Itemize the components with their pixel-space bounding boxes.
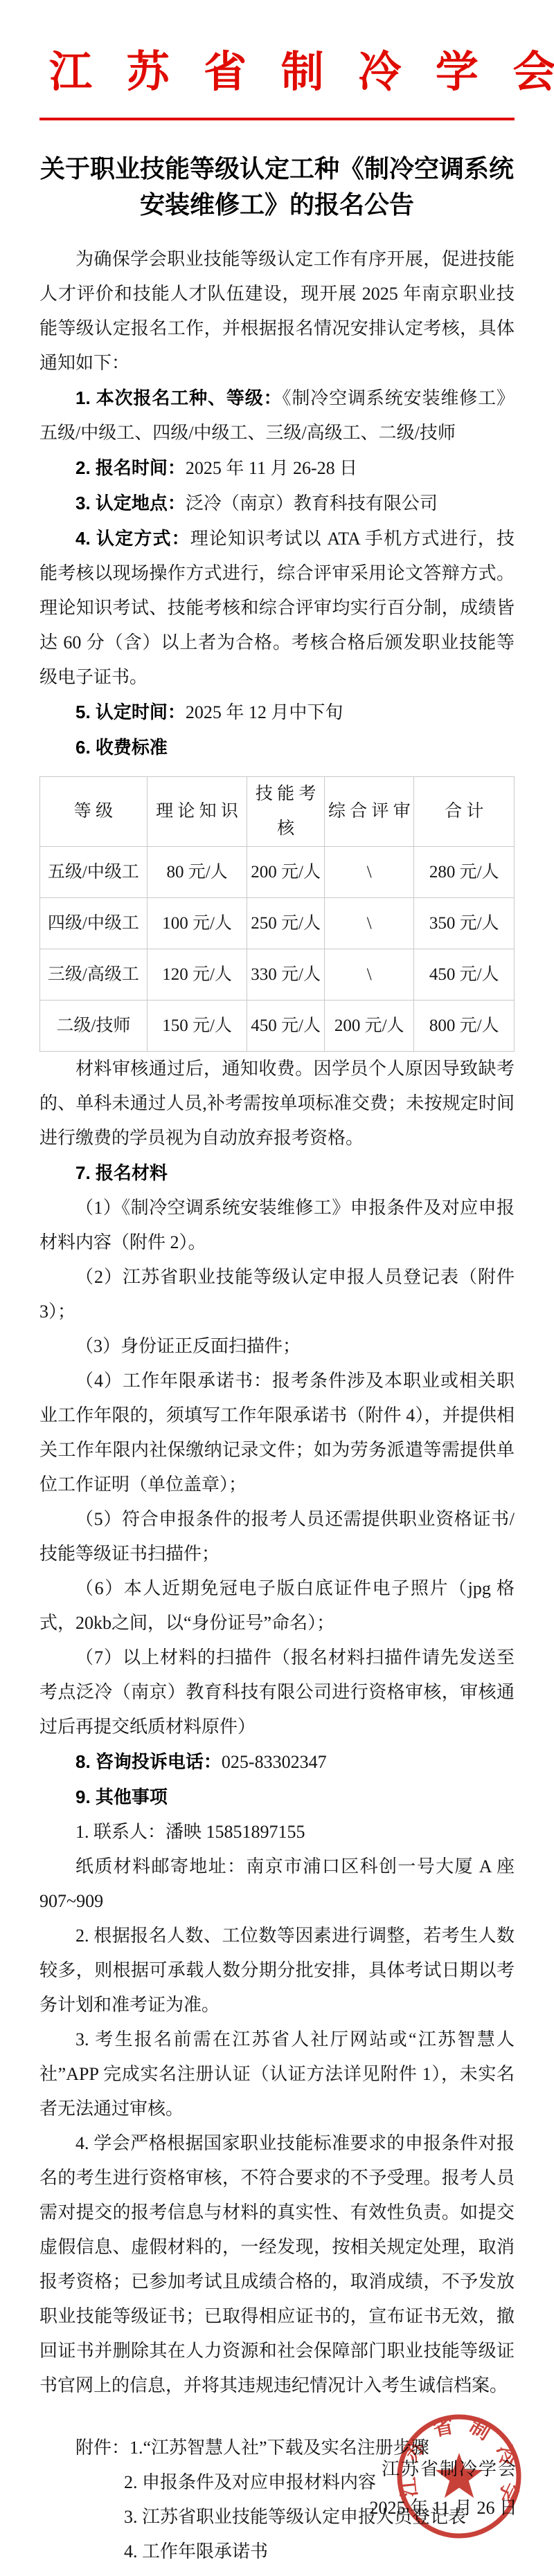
doc-title: 关于职业技能等级认定工种《制冷空调系统 安装维修工》的报名公告 [39, 151, 515, 223]
doc-title-line2: 安装维修工》的报名公告 [140, 190, 414, 219]
fee-cell: 330 元/人 [247, 949, 325, 1001]
section-5: 5. 认定时间：2025 年 12 月中下旬 [39, 695, 515, 730]
other-item: 4. 学会严格根据国家职业技能标准要求的申报条件对报名的考生进行资格审核，不符合… [39, 2126, 515, 2403]
fee-cell: 四级/中级工 [40, 898, 148, 949]
other-item: 1. 联系人：潘映 15851897155 [39, 1815, 515, 1849]
red-divider [39, 118, 515, 120]
fee-cell: 450 元/人 [414, 949, 515, 1001]
fee-cell: 200 元/人 [247, 847, 325, 898]
section-5-text: 2025 年 12 月中下旬 [186, 702, 343, 722]
fee-cell: 二级/技师 [40, 1001, 148, 1052]
fee-header-level: 等 级 [40, 777, 148, 847]
fee-table-row: 二级/技师 150 元/人 450 元/人 200 元/人 800 元/人 [40, 1001, 515, 1052]
fee-header-total: 合 计 [414, 777, 515, 847]
section-7: 7. 报名材料 [39, 1155, 515, 1191]
section-4: 4. 认定方式：理论知识考试以 ATA 手机方式进行，技能考核以现场操作方式进行… [39, 521, 515, 695]
section-8-text: 025-83302347 [222, 1752, 327, 1772]
section-3: 3. 认定地点：泛冷（南京）教育科技有限公司 [39, 486, 515, 521]
fee-cell: 三级/高级工 [40, 949, 148, 1001]
fee-cell: 100 元/人 [147, 898, 247, 949]
fee-cell: \ [324, 949, 413, 1001]
section-9: 9. 其他事项 [39, 1780, 515, 1815]
section-5-label: 5. 认定时间： [75, 702, 186, 722]
section-2-text: 2025 年 11 月 26-28 日 [186, 458, 357, 478]
fee-cell: 450 元/人 [247, 1001, 325, 1052]
material-item: （2）江苏省职业技能等级认定申报人员登记表（附件 3）； [39, 1260, 515, 1329]
other-item: 2. 根据报名人数、工位数等因素进行调整，若考生人数较多，则根据可承载人数分期分… [39, 1919, 515, 2022]
fee-table-row: 三级/高级工 120 元/人 330 元/人 \ 450 元/人 [40, 949, 515, 1001]
section-1: 1. 本次报名工种、等级：《制冷空调系统安装维修工》五级/中级工、四级/中级工、… [39, 381, 515, 450]
seal-star-icon [436, 2453, 483, 2498]
fee-cell: 五级/中级工 [40, 847, 148, 898]
signature-block: 江苏省制冷学会 2025 年 11 月 26 日 江苏省制冷学会 [39, 2395, 515, 2573]
fee-header-review: 综 合 评 审 [324, 777, 413, 847]
material-item: （3）身份证正反面扫描件； [39, 1329, 515, 1364]
material-item: （6）本人近期免冠电子版白底证件电子照片（jpg 格式，20kb之间，以“身份证… [39, 1571, 515, 1641]
document-page: 江 苏 省 制 冷 学 会 关于职业技能等级认定工种《制冷空调系统 安装维修工》… [0, 0, 554, 2576]
intro-paragraph: 为确保学会职业技能等级认定工作有序开展，促进技能人才评价和技能人才队伍建设，现开… [39, 242, 515, 381]
letterhead-org-title: 江 苏 省 制 冷 学 会 [39, 40, 515, 104]
other-item: 3. 考生报名前需在江苏省人社厅网站或“江苏智慧人社”APP 完成实名注册认证（… [39, 2022, 515, 2126]
fee-table: 等 级 理 论 知 识 技 能 考 核 综 合 评 审 合 计 五级/中级工 8… [39, 776, 515, 1052]
fee-header-theory: 理 论 知 识 [147, 777, 247, 847]
section-1-label: 1. 本次报名工种、等级： [75, 387, 283, 408]
material-item: （5）符合申报条件的报考人员还需提供职业资格证书/技能等级证书扫描件； [39, 1502, 515, 1571]
section-2-label: 2. 报名时间： [75, 457, 186, 478]
material-item: （1）《制冷空调系统安装维修工》申报条件及对应申报材料内容（附件 2）。 [39, 1191, 515, 1260]
section-6: 6. 收费标准 [39, 730, 515, 765]
section-4-label: 4. 认定方式： [75, 528, 190, 549]
fee-cell: 350 元/人 [414, 898, 515, 949]
fee-cell: 250 元/人 [247, 898, 325, 949]
document-body: 为确保学会职业技能等级认定工作有序开展，促进技能人才评价和技能人才队伍建设，现开… [39, 242, 515, 2569]
fee-cell: 120 元/人 [147, 949, 247, 1001]
fee-cell: 200 元/人 [324, 1001, 413, 1052]
fee-table-row: 四级/中级工 100 元/人 250 元/人 \ 350 元/人 [40, 898, 515, 949]
other-item: 纸质材料邮寄地址：南京市浦口区科创一号大厦 A 座 907~909 [39, 1849, 515, 1919]
section-9-label: 9. 其他事项 [75, 1787, 168, 1807]
fee-header-skill: 技 能 考 核 [247, 777, 325, 847]
section-8: 8. 咨询投诉电话：025-83302347 [39, 1744, 515, 1780]
section-8-label: 8. 咨询投诉电话： [75, 1751, 222, 1772]
section-7-label: 7. 报名材料 [75, 1162, 168, 1183]
fee-cell: 800 元/人 [414, 1001, 515, 1052]
section-3-label: 3. 认定地点： [75, 493, 186, 513]
fee-cell: 150 元/人 [147, 1001, 247, 1052]
section-4-text: 理论知识考试以 ATA 手机方式进行，技能考核以现场操作方式进行，综合评审采用论… [39, 529, 515, 687]
fee-cell: 280 元/人 [414, 847, 515, 898]
section-2: 2. 报名时间：2025 年 11 月 26-28 日 [39, 450, 515, 486]
official-seal: 江苏省制冷学会 [394, 2409, 524, 2543]
fee-cell: \ [324, 847, 413, 898]
section-3-text: 泛冷（南京）教育科技有限公司 [186, 493, 438, 513]
material-item: （7）以上材料的扫描件（报名材料扫描件请先发送至考点泛冷（南京）教育科技有限公司… [39, 1641, 515, 1744]
doc-title-line1: 关于职业技能等级认定工种《制冷空调系统 [40, 154, 514, 183]
fee-note: 材料审核通过后，通知收费。因学员个人原因导致缺考的、单科未通过人员,补考需按单项… [39, 1052, 515, 1155]
material-item: （4）工作年限承诺书：报考条件涉及本职业或相关职业工作年限的，须填写工作年限承诺… [39, 1364, 515, 1502]
fee-table-row: 五级/中级工 80 元/人 200 元/人 \ 280 元/人 [40, 847, 515, 898]
fee-cell: \ [324, 898, 413, 949]
fee-table-header-row: 等 级 理 论 知 识 技 能 考 核 综 合 评 审 合 计 [40, 777, 515, 847]
fee-cell: 80 元/人 [147, 847, 247, 898]
section-6-label: 6. 收费标准 [75, 737, 168, 758]
